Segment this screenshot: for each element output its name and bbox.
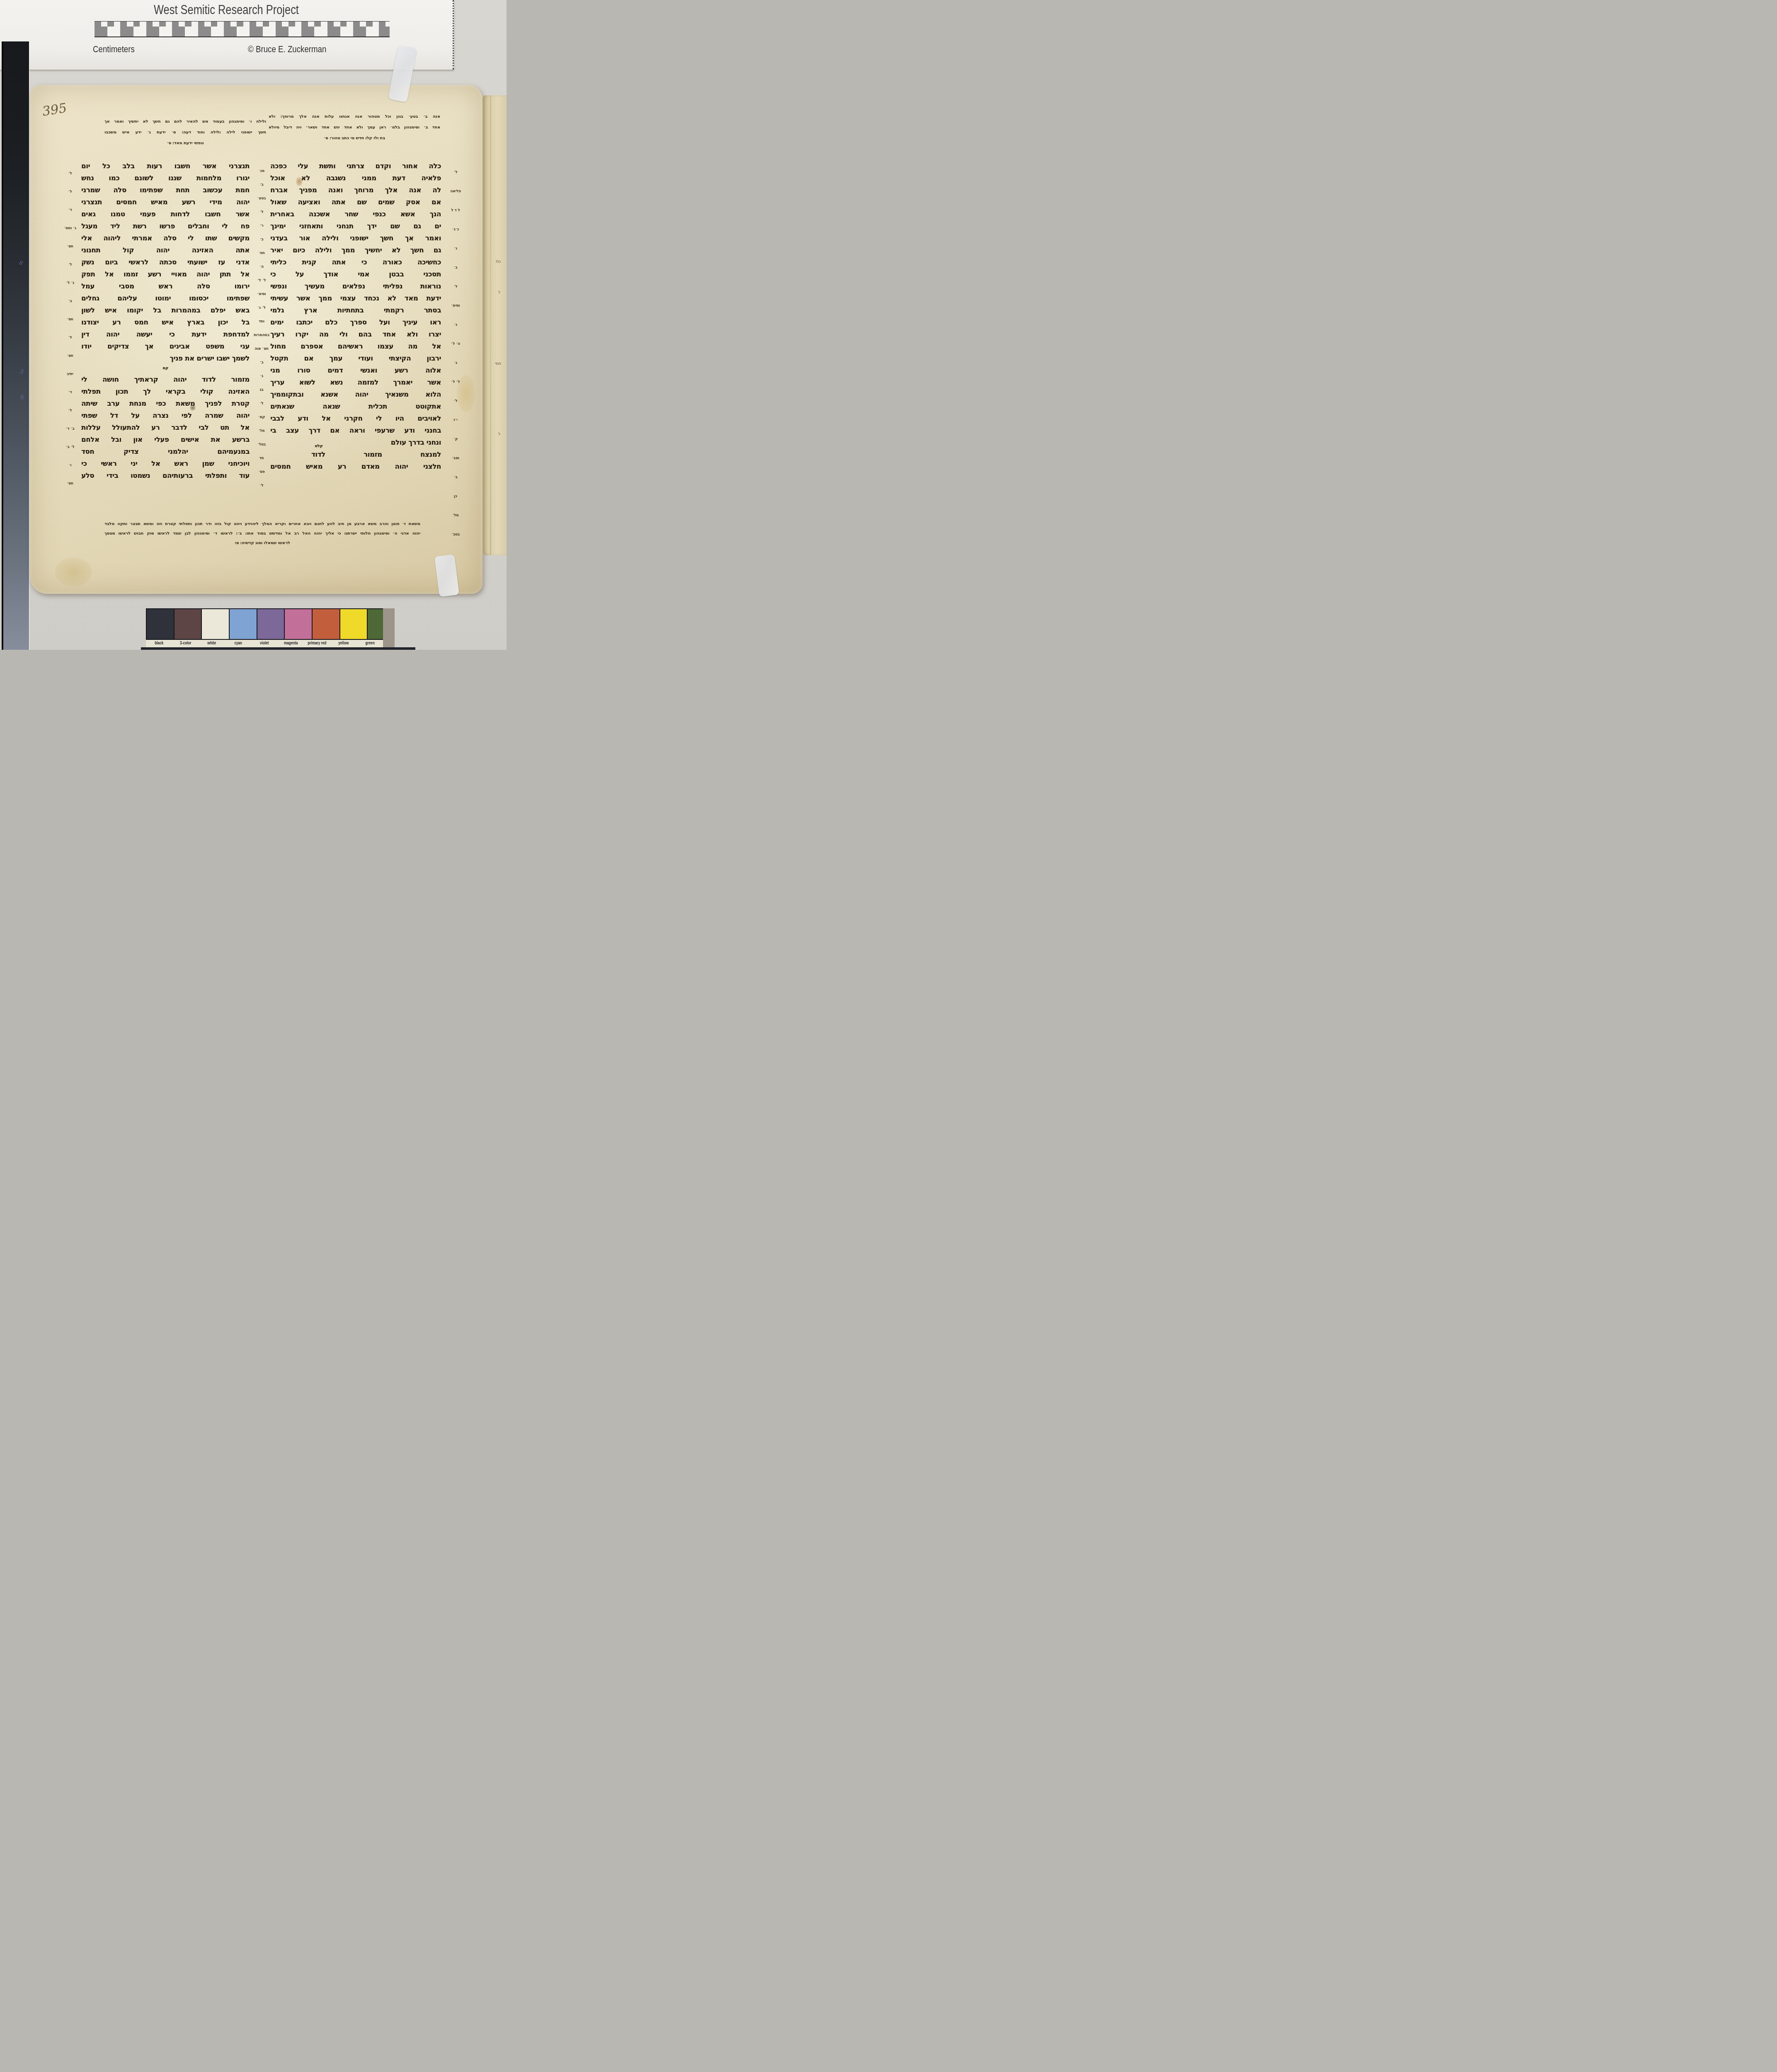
psalm-141-lines: מזמור לדוד יהוה קראתיך חושה ליהאזינה קול…: [81, 373, 250, 482]
facing-folio-note: ל: [498, 290, 500, 294]
color-calibration-bar: black3-colorwhitecyanvioletmagentaprimar…: [146, 608, 395, 647]
psalm-140-superscription: למנצח מזמור לדוד: [311, 448, 441, 460]
ruler-label: Centimeters: [93, 44, 135, 55]
text-line: באש יפלם במהמרות בל יקומו איש לשון: [81, 304, 250, 316]
masorah-parva-left-margin: ל׳ ל׳ ד׳ ג׳ ומס׳ חס׳ ל׳ ג׳ ל׳ ב׳ חס׳ ל׳ …: [61, 165, 80, 493]
text-line: אל תט לבי לדבר רע להתעולל עללות: [81, 421, 250, 433]
psalm-number-140: קמ: [81, 364, 250, 373]
masorah-line: אחד ב׳ וסימנהון בלמ׳ ראן עמך ולא אחד יגש…: [269, 122, 440, 133]
psalm-139-lines: כלה אחור וקדם צרתני ותשת עלי כפכהפלאיה ד…: [270, 160, 441, 448]
text-line: לה אנה אלך מרוחך ואנה מפניך אברח: [270, 184, 441, 196]
facing-folio-edge: כלז ל מסי ל: [482, 95, 507, 555]
color-patch-label: green: [359, 640, 381, 647]
text-line: ראו עיניך ועל ספרך כלם יכתבו ימים: [270, 316, 441, 328]
facing-folio-note: כלז: [496, 259, 501, 264]
text-line: לשמך ישבו ישרים את פניך: [81, 352, 250, 364]
centimeter-ruler: [95, 21, 390, 37]
text-line: אם אסק שמים שם אתה ואציעה שאול: [270, 196, 441, 208]
color-patch-cyan: [230, 609, 257, 639]
text-line: אדני עז ישועתי סכתה לראשי ביום נשק: [81, 256, 250, 268]
facing-folio-note: מסי: [495, 361, 501, 366]
text-line: בסתר רקמתי בתחתיות ארץ גלמי: [270, 304, 441, 316]
text-line: ברשע את אישים פעלי און ובל אלחם: [81, 433, 250, 445]
text-line: במנעמיהם יהלמני צדיק חסד: [81, 445, 250, 457]
text-line: עוד ותפלתי ברעותיהם נשמטו בידי סלע: [81, 470, 250, 482]
text-line: ואמר אך חשך ישופני ולילה אור בעדני: [270, 232, 441, 244]
text-line: קטרת לפניך משאת כפי מנחת ערב שיתה: [81, 397, 250, 409]
text-line: ונחני בדרך עולם: [270, 436, 441, 448]
psalm-140-verse-2: חלצני יהוה מאדם רע מאיש חמסים: [270, 460, 441, 472]
color-patch-magenta: [285, 609, 312, 639]
color-patch-violet: [257, 609, 284, 639]
text-line: האזינה קולי בקראי לך תכון תפלתי: [81, 385, 250, 397]
color-patch-primary-red: [313, 609, 339, 639]
masorah-magna-top-left: ולילה ו׳ וסימנהון בעמוד אש להאיר להם גם …: [104, 116, 266, 149]
masorah-magna-bottom: משאת ז׳ פוטן והרב משא ארבע מן חיב להע לח…: [104, 519, 420, 548]
color-patch-label: magenta: [280, 640, 302, 647]
color-card-edge: [383, 608, 395, 647]
text-line: עני משפט אבינים אך צדיקים יודו: [81, 340, 250, 352]
color-patch-black: [147, 609, 174, 639]
text-line: מזמור לדוד יהוה קראתיך חושה לי: [81, 373, 250, 385]
text-line: יהוה שמרה לפי נצרה על דל שפתי: [81, 409, 250, 421]
text-line: כלה אחור וקדם צרתני ותשת עלי כפכה: [270, 160, 441, 172]
text-column-left: תנצרני אשר חשבו רעות בלב כל יוםיגורו מלח…: [81, 160, 250, 482]
text-line: בל יכון בארץ איש חמס רע יצודנו: [81, 316, 250, 328]
masorah-parva-inner-margin: מנ׳ ב׳ בטע׳ ל׳ ר׳ ב׳ חפ׳ ה׳ ל׳ ל׳ וסימ׳ …: [253, 165, 270, 493]
color-patch-yellow: [340, 609, 367, 639]
masorah-line: ולילה ו׳ וסימנהון בעמוד אש להאיר להם גם …: [104, 116, 266, 127]
text-line: כחשיכה כאורה כי אתה קנית כליתי: [270, 256, 441, 268]
text-line: ים גם שם ידך תנחני ותאחזני ימינך: [270, 220, 441, 232]
masorah-line: משאת ז׳ פוטן והרב משא ארבע מן חיב להע לח…: [104, 519, 420, 529]
text-line: בחנני ודע שרעפי וראה אם דרך עצב בי: [270, 424, 441, 436]
text-line: שפתימו יכסומו ימוטו עליהם גחלים: [81, 292, 250, 304]
facing-folio-note: ל: [498, 432, 500, 436]
text-line: אתה האזינה יהוה קול תחנוני: [81, 244, 250, 256]
text-line: פח לי וחבלים פרשו רשת ליד מעגל: [81, 220, 250, 232]
text-line: מקשים שתו לי סלה אמרתי ליהוה אלי: [81, 232, 250, 244]
wedge-pen-mark: 6: [20, 394, 25, 401]
scale-card: West Semitic Research Project Centimeter…: [0, 0, 454, 70]
text-column-right: כלה אחור וקדם צרתני ותשת עלי כפכהפלאיה ד…: [270, 160, 441, 472]
text-line: אל מה עצמו ראשיהם אספרם מחול: [270, 340, 441, 352]
text-line: ירבון הקיצתי ועודי עמך אם תקטל: [270, 352, 441, 364]
text-line: למדחפת ידעת כי יעשה יהוה דין: [81, 328, 250, 340]
text-line: אשר חשבו לדחות פעמי טמנו גאים: [81, 208, 250, 220]
text-line: ויוכיחני שמן ראש אל יני ראשי כי: [81, 457, 250, 470]
folio-number: 395: [41, 101, 68, 119]
ruler-cm-row: [95, 27, 390, 37]
text-line: אשר יאמרך למזמה נשא לשוא עריך: [270, 376, 441, 388]
parchment-stain: [55, 557, 92, 586]
masorah-line: ונפשי ידעת מאד׃ ס׳: [104, 138, 266, 149]
masorah-line: אנה ב׳ בטע׳ בגון וכל מטהור אנה אנחנו עלו…: [269, 111, 440, 122]
text-line: ידעת מאד לא נכחד עצמי ממך אשר עשיתי: [270, 292, 441, 304]
text-line: הלוא משנאיך יהוה אשנא ובתקוממיך: [270, 388, 441, 400]
photo-canvas: West Semitic Research Project Centimeter…: [0, 0, 507, 650]
text-line: נוראות נפליתי נפלאים מעשיך ונפשי: [270, 280, 441, 292]
masorah-line: יהוה אדני ה׳ וסימנהון חלותי ישרתנו כי אל…: [104, 529, 420, 538]
wedge-pen-mark: 8: [18, 260, 24, 267]
text-line: פלאיה דעת ממני נשגבה לא אוכל: [270, 172, 441, 184]
masorah-parva-right-margin: ל׳ פליאה ל ד ל כ׳ג׳ ג׳ ב׳ ל׳ וסימ׳ ג׳ ה׳…: [444, 163, 467, 544]
copyright-notice: © Bruce E. Zuckerman: [248, 44, 326, 55]
color-patch-white: [202, 609, 229, 639]
manuscript-page: 395 אנה ב׳ בטע׳ בגון וכל מטהור אנה אנחנו…: [30, 85, 482, 594]
parchment-crease: [490, 95, 491, 555]
text-line: יגורו מלחמות שננו לשונם כמו נחש: [81, 172, 250, 184]
color-patch-label: yellow: [333, 640, 354, 647]
masorah-line: לראשו שמאלו וסוג קדשיה׃ ס׃: [104, 538, 420, 548]
ruler-half-cm-row: [95, 21, 390, 27]
text-line: הנך אשא כנפי שחר אשכנה באחרית: [270, 208, 441, 220]
masorah-magna-top-right: אנה ב׳ בטע׳ בגון וכל מטהור אנה אנחנו עלו…: [269, 111, 440, 144]
masorah-line: חשך ישופני לילה ולילה וחוד דעה׃ ס׳ ידעת …: [104, 127, 266, 138]
color-patch-label: black: [148, 640, 170, 647]
text-line: אלוה רשע ואנשי דמים סורו מני: [270, 364, 441, 376]
color-patch-label: primary red: [306, 640, 328, 647]
psalm-heading-wrap: קלט למנצח מזמור לדוד: [270, 448, 441, 460]
text-line: יצרו ולא אחד בהם ולי מה יקרו רעיך: [270, 328, 441, 340]
color-patch-labels: black3-colorwhitecyanvioletmagentaprimar…: [146, 640, 383, 647]
text-line: יהוה מידי רשע מאיש חמסים תנצרני: [81, 196, 250, 208]
text-line: אתקוטט תכלית שנאה שנאתים: [270, 400, 441, 412]
project-title: West Semitic Research Project: [41, 2, 412, 17]
color-bar-shadow: [141, 647, 415, 650]
text-line: לאויבים היו לי חקרני אל ודע לבבי: [270, 412, 441, 424]
text-line: גם חשך לא יחשיך ממך ולילה כיום יאיר: [270, 244, 441, 256]
color-patch-label: cyan: [227, 640, 249, 647]
masorah-line: בת ולו קלו חדש מי כתב טהור׃ ס׳: [269, 133, 440, 144]
color-patch-label: white: [201, 640, 223, 647]
color-patch-3-color: [175, 609, 201, 639]
color-patch-label: violet: [254, 640, 275, 647]
text-line: תנצרני אשר חשבו רעות בלב כל יום: [81, 160, 250, 172]
gray-step-wedge: 8 3 6: [2, 41, 29, 650]
text-line: אל תתן יהוה מאויי רשע זממו אל תפק: [81, 268, 250, 280]
text-line: ירומו סלה ראש מסבי עמל: [81, 280, 250, 292]
psalm-140-lines: תנצרני אשר חשבו רעות בלב כל יוםיגורו מלח…: [81, 160, 250, 364]
text-line: חמת עכשוב תחת שפתימו סלה שמרני: [81, 184, 250, 196]
wedge-pen-mark: 3: [19, 368, 24, 375]
color-patch-label: 3-color: [175, 640, 196, 647]
text-line: תסכני בבטן אמי אודך על כי: [270, 268, 441, 280]
